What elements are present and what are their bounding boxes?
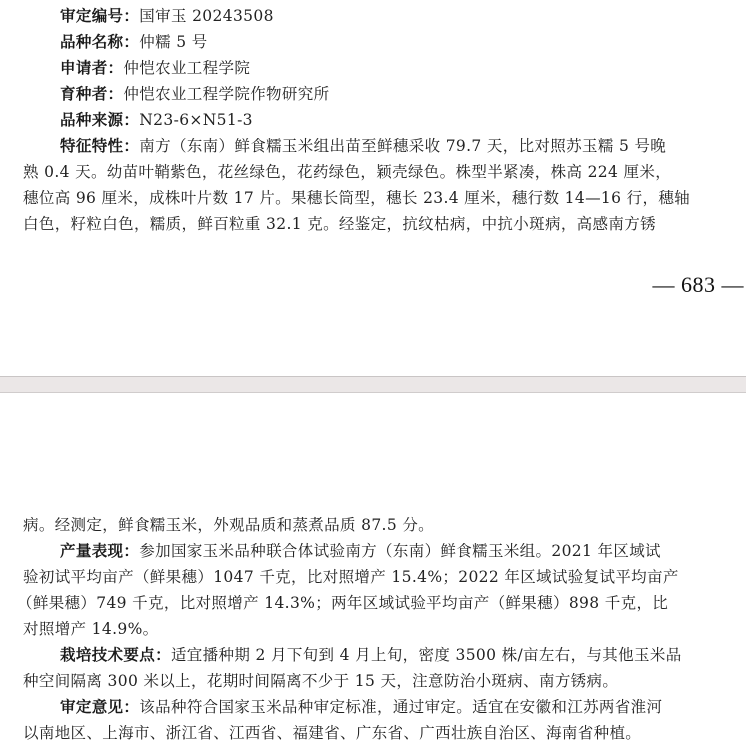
paragraph-continuation: 病。经测定，鲜食糯玉米，外观品质和蒸煮品质 87.5 分。 [23,512,723,538]
paragraph-line: 熟 0.4 天。幼苗叶鞘紫色，花丝绿色，花药绿色，颖壳绿色。株型半紧凑，株高 2… [23,159,723,185]
field-variety-source: 品种来源：N23-6×N51-3 [60,107,746,133]
paragraph-line: 特征特性：南方（东南）鲜食糯玉米组出苗至鲜穗采收 79.7 天，比对照苏玉糯 5… [60,133,746,159]
paragraph-line: 对照增产 14.9%。 [23,616,723,642]
page-number: — 683 — [653,272,745,298]
field-value: 仲恺农业工程学院作物研究所 [123,85,329,103]
paragraph-line: 审定意见：该品种符合国家玉米品种审定标准，通过审定。适宜在安徽和江苏两省淮河 [60,694,746,720]
field-variety-name: 品种名称：仲糯 5 号 [60,29,746,55]
paragraph-line: 穗位高 96 厘米，成株叶片数 17 片。果穗长筒型，穗长 23.4 厘米，穗行… [23,185,723,211]
line-text: 该品种符合国家玉米品种审定标准，通过审定。适宜在安徽和江苏两省淮河 [139,698,662,716]
paragraph-line: 验初试平均亩产（鲜果穗）1047 千克，比对照增产 15.4%；2022 年区域… [23,564,723,590]
field-label: 申请者： [60,59,123,77]
field-approval-number: 审定编号：国审玉 20243508 [60,3,746,29]
field-label: 品种来源： [60,111,139,129]
field-label: 育种者： [60,85,123,103]
section-label: 审定意见： [60,698,139,716]
field-label: 品种名称： [60,33,139,51]
page-separator [0,376,746,393]
paragraph-line: 种空间隔离 300 米以上，花期时间隔离不少于 15 天，注意防治小斑病、南方锈… [23,668,723,694]
paragraph-line: （鲜果穗）749 千克，比对照增产 14.3%；两年区域试验平均亩产（鲜果穗）8… [17,590,717,616]
line-text: 南方（东南）鲜食糯玉米组出苗至鲜穗采收 79.7 天，比对照苏玉糯 5 号晚 [139,137,666,155]
section-label: 产量表现： [60,542,139,560]
paragraph-line: 白色，籽粒白色，糯质，鲜百粒重 32.1 克。经鉴定，抗纹枯病，中抗小斑病，高感… [23,211,723,237]
field-value: 国审玉 20243508 [139,7,274,25]
paragraph-line: 栽培技术要点：适宜播种期 2 月下旬到 4 月上旬，密度 3500 株/亩左右，… [60,642,746,668]
field-breeder: 育种者：仲恺农业工程学院作物研究所 [60,81,746,107]
field-label: 审定编号： [60,7,139,25]
paragraph-line: 产量表现：参加国家玉米品种联合体试验南方（东南）鲜食糯玉米组。2021 年区域试 [60,538,746,564]
document-page-684: 病。经测定，鲜食糯玉米，外观品质和蒸煮品质 87.5 分。 产量表现：参加国家玉… [0,393,746,750]
line-text: 适宜播种期 2 月下旬到 4 月上旬，密度 3500 株/亩左右，与其他玉米品 [171,646,682,664]
field-applicant: 申请者：仲恺农业工程学院 [60,55,746,81]
section-label: 特征特性： [60,137,139,155]
field-value: 仲恺农业工程学院 [123,59,250,77]
line-text: 参加国家玉米品种联合体试验南方（东南）鲜食糯玉米组。2021 年区域试 [139,542,661,560]
field-value: 仲糯 5 号 [139,33,207,51]
field-value: N23-6×N51-3 [139,111,253,129]
paragraph-line: 以南地区、上海市、浙江省、江西省、福建省、广东省、广西壮族自治区、海南省种植。 [23,720,723,746]
section-label: 栽培技术要点： [60,646,171,664]
document-page-683: 审定编号：国审玉 20243508 品种名称：仲糯 5 号 申请者：仲恺农业工程… [0,0,746,376]
